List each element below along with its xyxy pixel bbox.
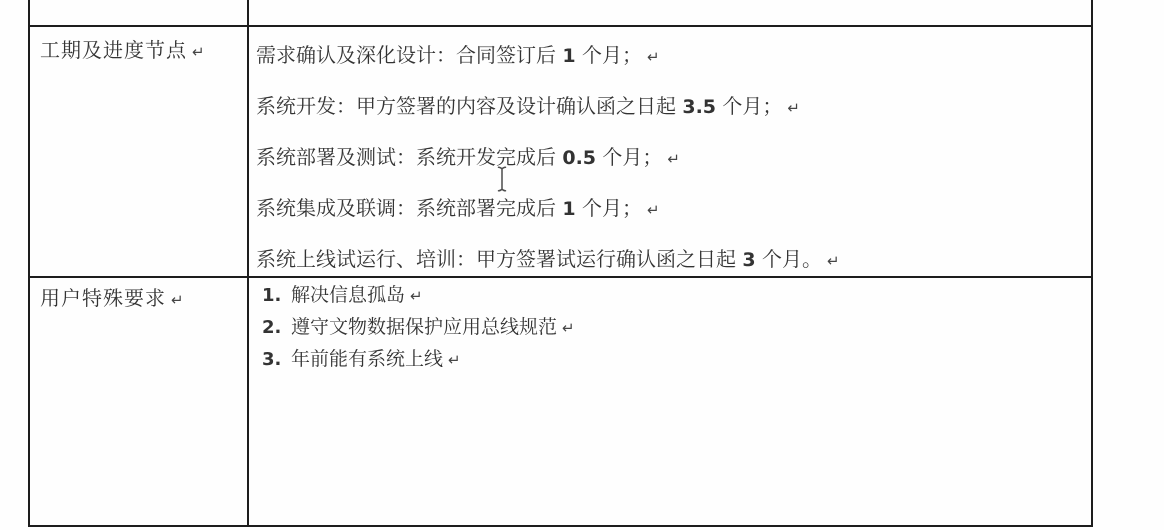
paragraph-text: 需求确认及深化设计：合同签订后 1 个月； [256, 43, 642, 67]
return-mark-icon: ↵ [647, 201, 660, 219]
document-page: 工期及进度节点↵ 需求确认及深化设计：合同签订后 1 个月；↵ 系统开发：甲方签… [0, 0, 1164, 530]
table-border-left [28, 0, 30, 527]
list-item: 3.年前能有系统上线↵ [262, 344, 1082, 376]
list-item-text: 解决信息孤岛 [291, 284, 405, 306]
list-number: 1. [262, 280, 291, 311]
cell-special-requirements-content[interactable]: 1.解决信息孤岛↵ 2.遵守文物数据保护应用总线规范↵ 3.年前能有系统上线↵ [262, 280, 1082, 376]
table-border-right [1091, 0, 1093, 527]
return-mark-icon: ↵ [448, 351, 461, 369]
return-mark-icon: ↵ [667, 150, 680, 168]
paragraph-system-development: 系统开发：甲方签署的内容及设计确认函之日起 3.5 个月；↵ [256, 81, 1086, 132]
list-item: 1.解决信息孤岛↵ [262, 280, 1082, 312]
table-row-divider-top [28, 25, 1093, 27]
table-column-divider [247, 0, 249, 527]
return-mark-icon: ↵ [192, 43, 206, 61]
cell-duration-content[interactable]: 需求确认及深化设计：合同签订后 1 个月；↵ 系统开发：甲方签署的内容及设计确认… [256, 30, 1086, 285]
list-item: 2.遵守文物数据保护应用总线规范↵ [262, 312, 1082, 344]
list-item-text: 年前能有系统上线 [291, 348, 443, 370]
paragraph-requirement-design: 需求确认及深化设计：合同签订后 1 个月；↵ [256, 30, 1086, 81]
duration-label-text: 工期及进度节点 [40, 38, 187, 62]
paragraph-text: 系统集成及联调：系统部署完成后 1 个月； [256, 196, 642, 220]
return-mark-icon: ↵ [827, 252, 840, 270]
special-requirements-label-text: 用户特殊要求 [40, 286, 166, 310]
cell-label-special-requirements[interactable]: 用户特殊要求↵ [40, 282, 185, 311]
text-cursor-icon [496, 166, 508, 196]
list-number: 2. [262, 312, 291, 343]
return-mark-icon: ↵ [171, 291, 185, 309]
paragraph-integration: 系统集成及联调：系统部署完成后 1 个月；↵ [256, 183, 1086, 234]
paragraph-trial-training: 系统上线试运行、培训：甲方签署试运行确认函之日起 3 个月。↵ [256, 234, 1086, 285]
return-mark-icon: ↵ [647, 48, 660, 66]
paragraph-text: 系统开发：甲方签署的内容及设计确认函之日起 3.5 个月； [256, 94, 782, 118]
paragraph-text: 系统部署及测试：系统开发完成后 0.5 个月； [256, 145, 662, 169]
list-number: 3. [262, 344, 291, 375]
paragraph-text: 系统上线试运行、培训：甲方签署试运行确认函之日起 3 个月。 [256, 247, 822, 271]
paragraph-deploy-test: 系统部署及测试：系统开发完成后 0.5 个月；↵ [256, 132, 1086, 183]
return-mark-icon: ↵ [787, 99, 800, 117]
cell-label-duration[interactable]: 工期及进度节点↵ [40, 34, 206, 63]
table-border-bottom [28, 525, 1093, 527]
list-item-text: 遵守文物数据保护应用总线规范 [291, 316, 557, 338]
return-mark-icon: ↵ [410, 287, 423, 305]
return-mark-icon: ↵ [562, 319, 575, 337]
